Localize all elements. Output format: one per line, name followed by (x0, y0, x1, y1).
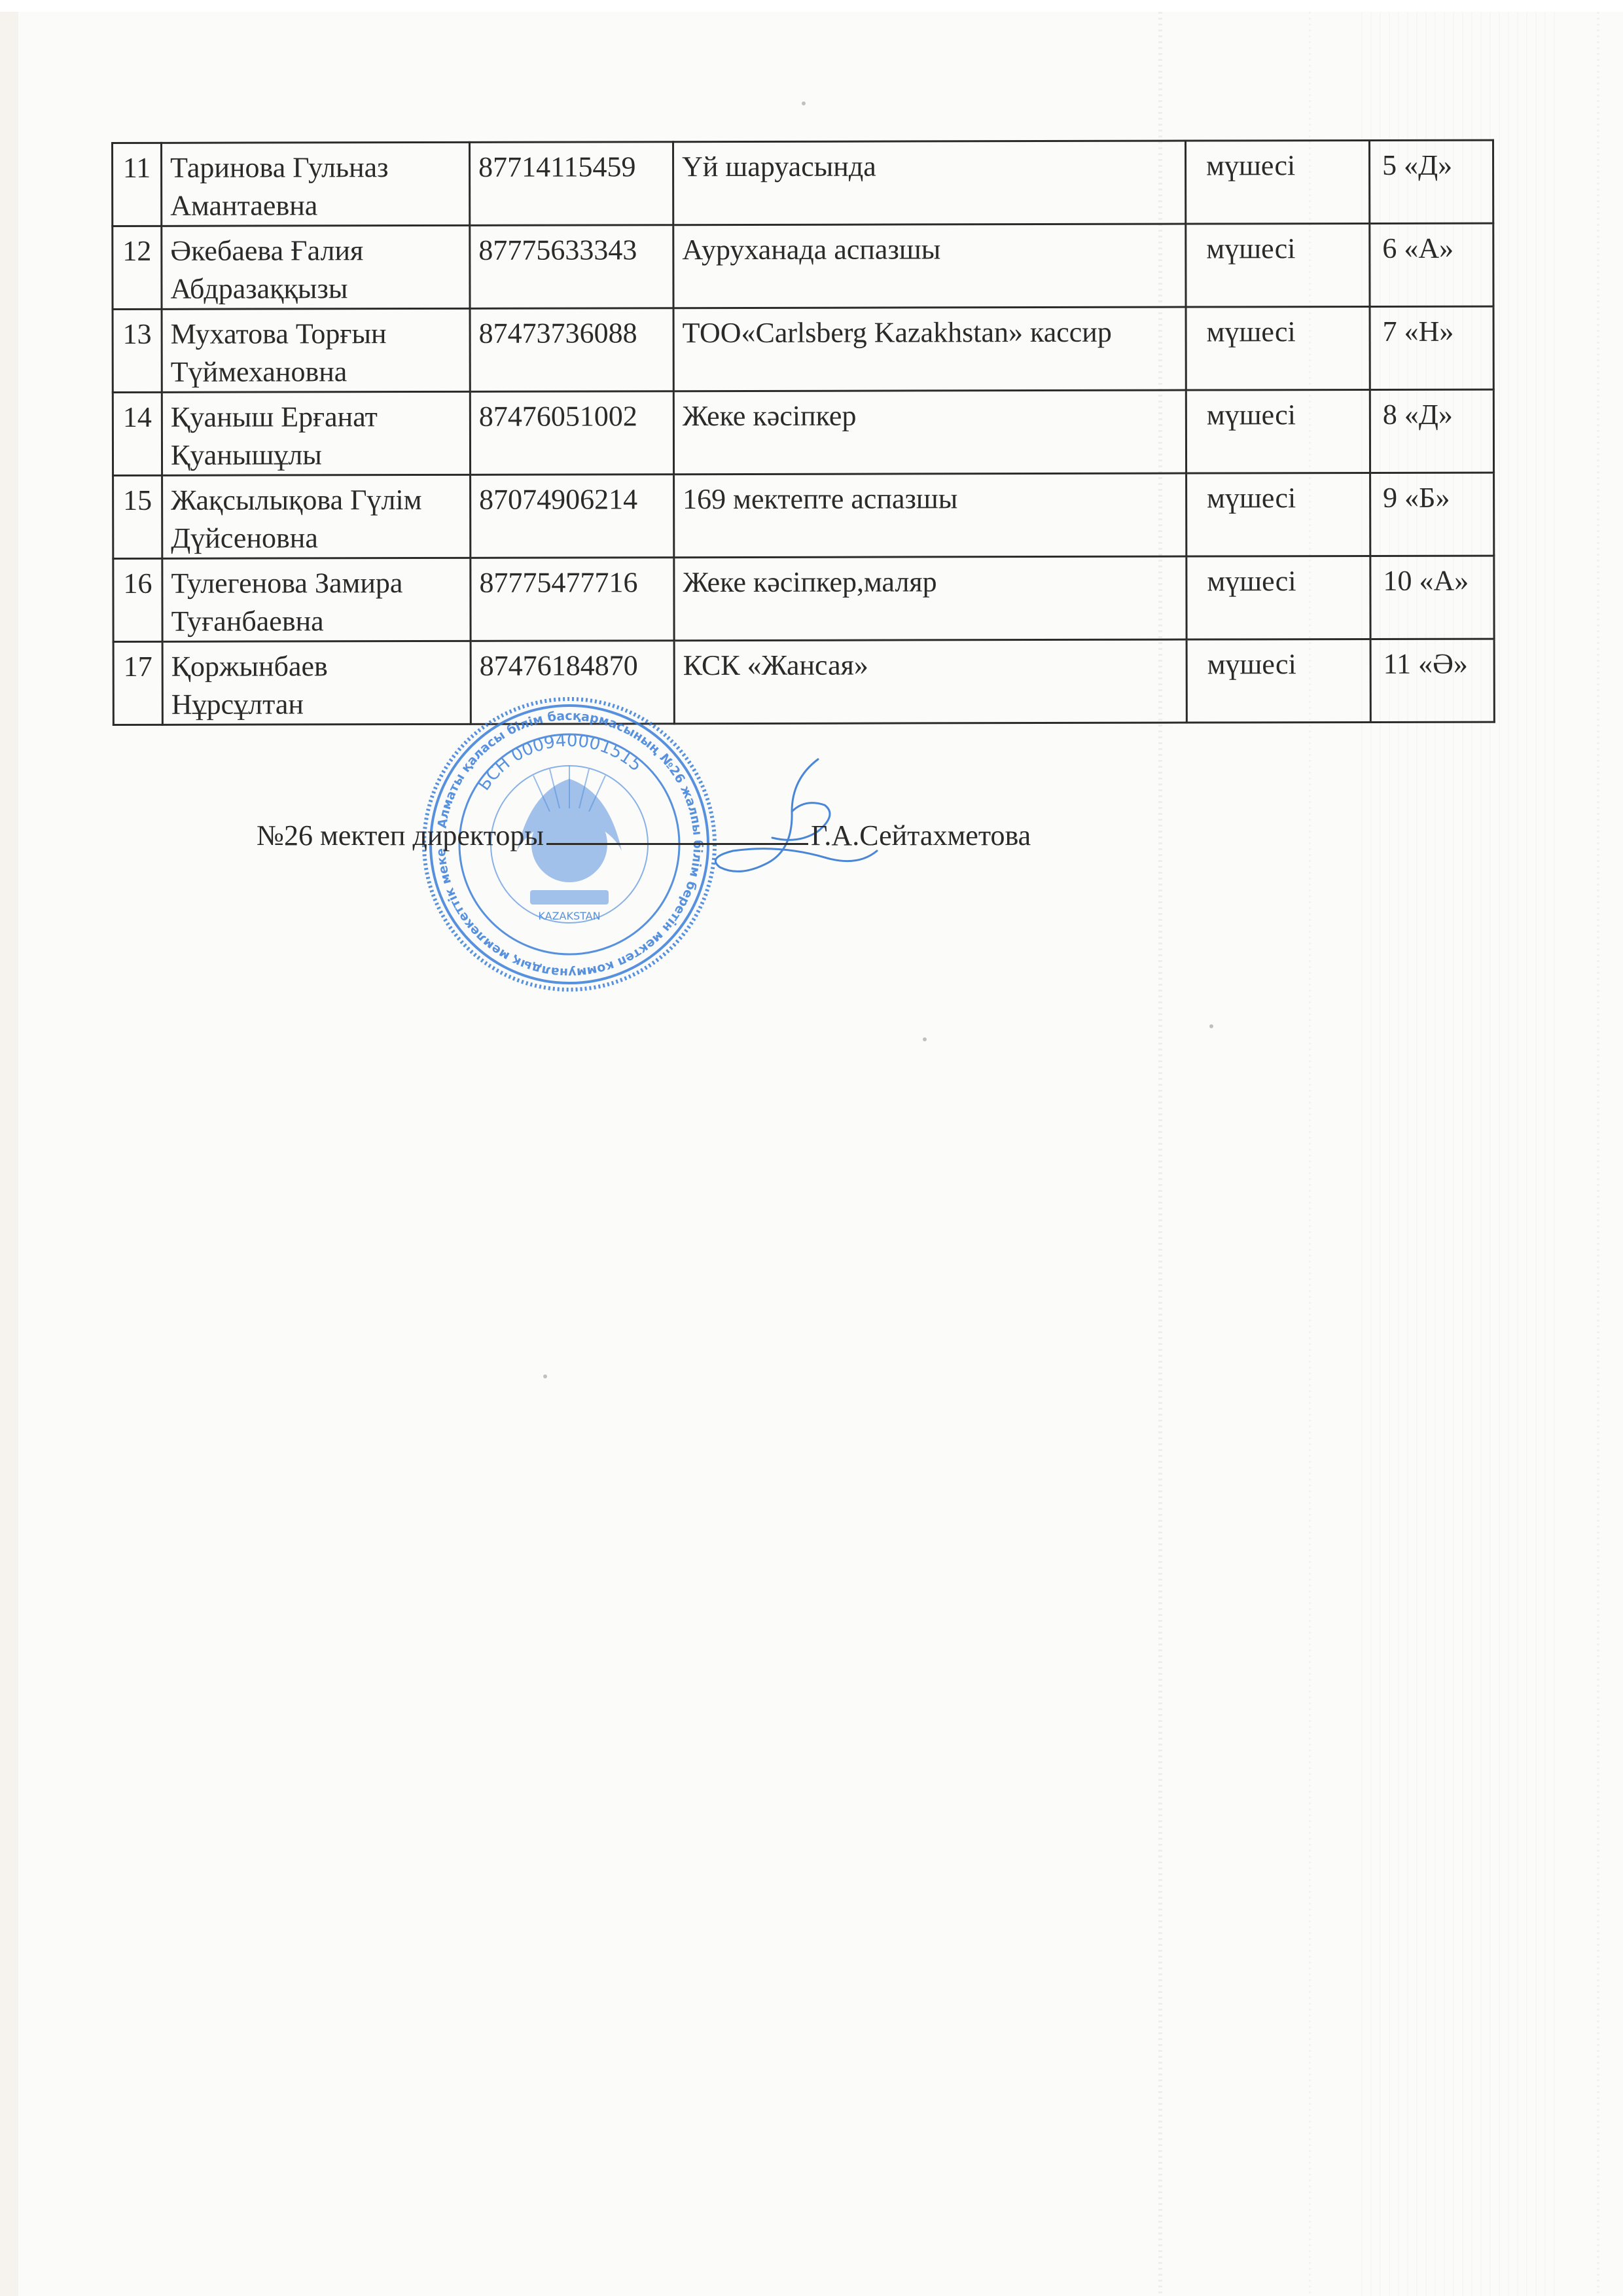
workplace: 169 мектепте аспазшы (674, 473, 1186, 558)
member-name: Жақсылықова Гүлім Дүйсеновна (162, 475, 471, 558)
row-number: 13 (113, 309, 162, 392)
class-name: 10 «А» (1370, 556, 1494, 639)
table-row: 16 Тулегенова Замира Туғанбаевна 8777547… (113, 556, 1494, 641)
signer-name: Г.А.Сейтахметова (811, 819, 1031, 852)
table-row: 17 Қоржынбаев Нұрсұлтан 87476184870 КСК … (113, 639, 1494, 725)
workplace: Үй шаруасында (673, 141, 1186, 225)
scan-speck (923, 1037, 927, 1041)
scan-speck (543, 1374, 547, 1378)
member-role: мүшесі (1186, 639, 1370, 723)
member-role: мүшесі (1186, 556, 1370, 639)
phone-number: 87473736088 (470, 308, 673, 392)
member-name: Тулегенова Замира Туғанбаевна (162, 558, 471, 641)
scan-left-edge (0, 12, 18, 2296)
svg-text:БСН 000940001515: БСН 000940001515 (474, 731, 645, 795)
table-row: 15 Жақсылықова Гүлім Дүйсеновна 87074906… (113, 473, 1494, 558)
member-role: мүшесі (1185, 140, 1369, 224)
scan-speck (1209, 1024, 1213, 1028)
class-name: 7 «Н» (1370, 306, 1493, 389)
member-name: Мухатова Торғын Түймехановна (162, 308, 470, 392)
signer-position: №26 мектеп директоры (257, 819, 544, 852)
table-row: 12 Әкебаева Ғалия Абдразаққызы 877756333… (113, 223, 1493, 309)
row-number: 14 (113, 392, 162, 475)
scan-speck (802, 101, 806, 105)
signature-line: №26 мектеп директорыГ.А.Сейтахметова (257, 817, 1031, 852)
phone-number: 87476051002 (470, 391, 673, 475)
row-number: 17 (113, 641, 162, 725)
member-role: мүшесі (1186, 389, 1370, 473)
class-name: 9 «Б» (1370, 473, 1494, 556)
member-name: Қуаныш Ерғанат Қуанышұлы (162, 391, 470, 475)
member-name: Таринова Гульназ Амантаевна (162, 142, 470, 226)
row-number: 11 (113, 143, 162, 226)
workplace: Ауруханада аспазшы (673, 224, 1186, 308)
workplace: КСК «Жансая» (674, 639, 1186, 724)
phone-number: 87775633343 (470, 225, 673, 309)
phone-number: 87775477716 (471, 558, 674, 641)
phone-number: 87714115459 (470, 142, 673, 226)
table-row: 11 Таринова Гульназ Амантаевна 877141154… (113, 140, 1493, 226)
class-name: 8 «Д» (1370, 389, 1493, 473)
workplace: Жеке кәсіпкер,маляр (674, 556, 1186, 641)
class-name: 6 «А» (1370, 223, 1493, 306)
members-table: 11 Таринова Гульназ Амантаевна 877141154… (111, 139, 1495, 726)
stamp-emblem-text: KAZAKSTAN (538, 910, 600, 922)
row-number: 12 (113, 226, 162, 309)
table-row: 14 Қуаныш Ерғанат Қуанышұлы 87476051002 … (113, 389, 1493, 475)
member-role: мүшесі (1186, 223, 1370, 307)
workplace: ТОО«Carlsberg Kazakhstan» кассир (673, 307, 1186, 391)
row-number: 16 (113, 558, 162, 641)
signature-blank (546, 817, 808, 845)
phone-number: 87476184870 (471, 641, 674, 725)
member-name: Әкебаева Ғалия Абдразаққызы (162, 225, 470, 309)
scanner-streak (1597, 12, 1599, 2296)
member-name: Қоржынбаев Нұрсұлтан (162, 641, 471, 725)
class-name: 11 «Ә» (1370, 639, 1494, 722)
phone-number: 87074906214 (471, 475, 674, 558)
stamp-bin: БСН 000940001515 (474, 731, 645, 795)
member-role: мүшесі (1186, 473, 1370, 556)
class-name: 5 «Д» (1369, 140, 1493, 223)
scan-top-margin (0, 0, 1623, 12)
table-row: 13 Мухатова Торғын Түймехановна 87473736… (113, 306, 1493, 392)
member-role: мүшесі (1186, 306, 1370, 390)
row-number: 15 (113, 475, 162, 558)
workplace: Жеке кәсіпкер (673, 390, 1186, 475)
